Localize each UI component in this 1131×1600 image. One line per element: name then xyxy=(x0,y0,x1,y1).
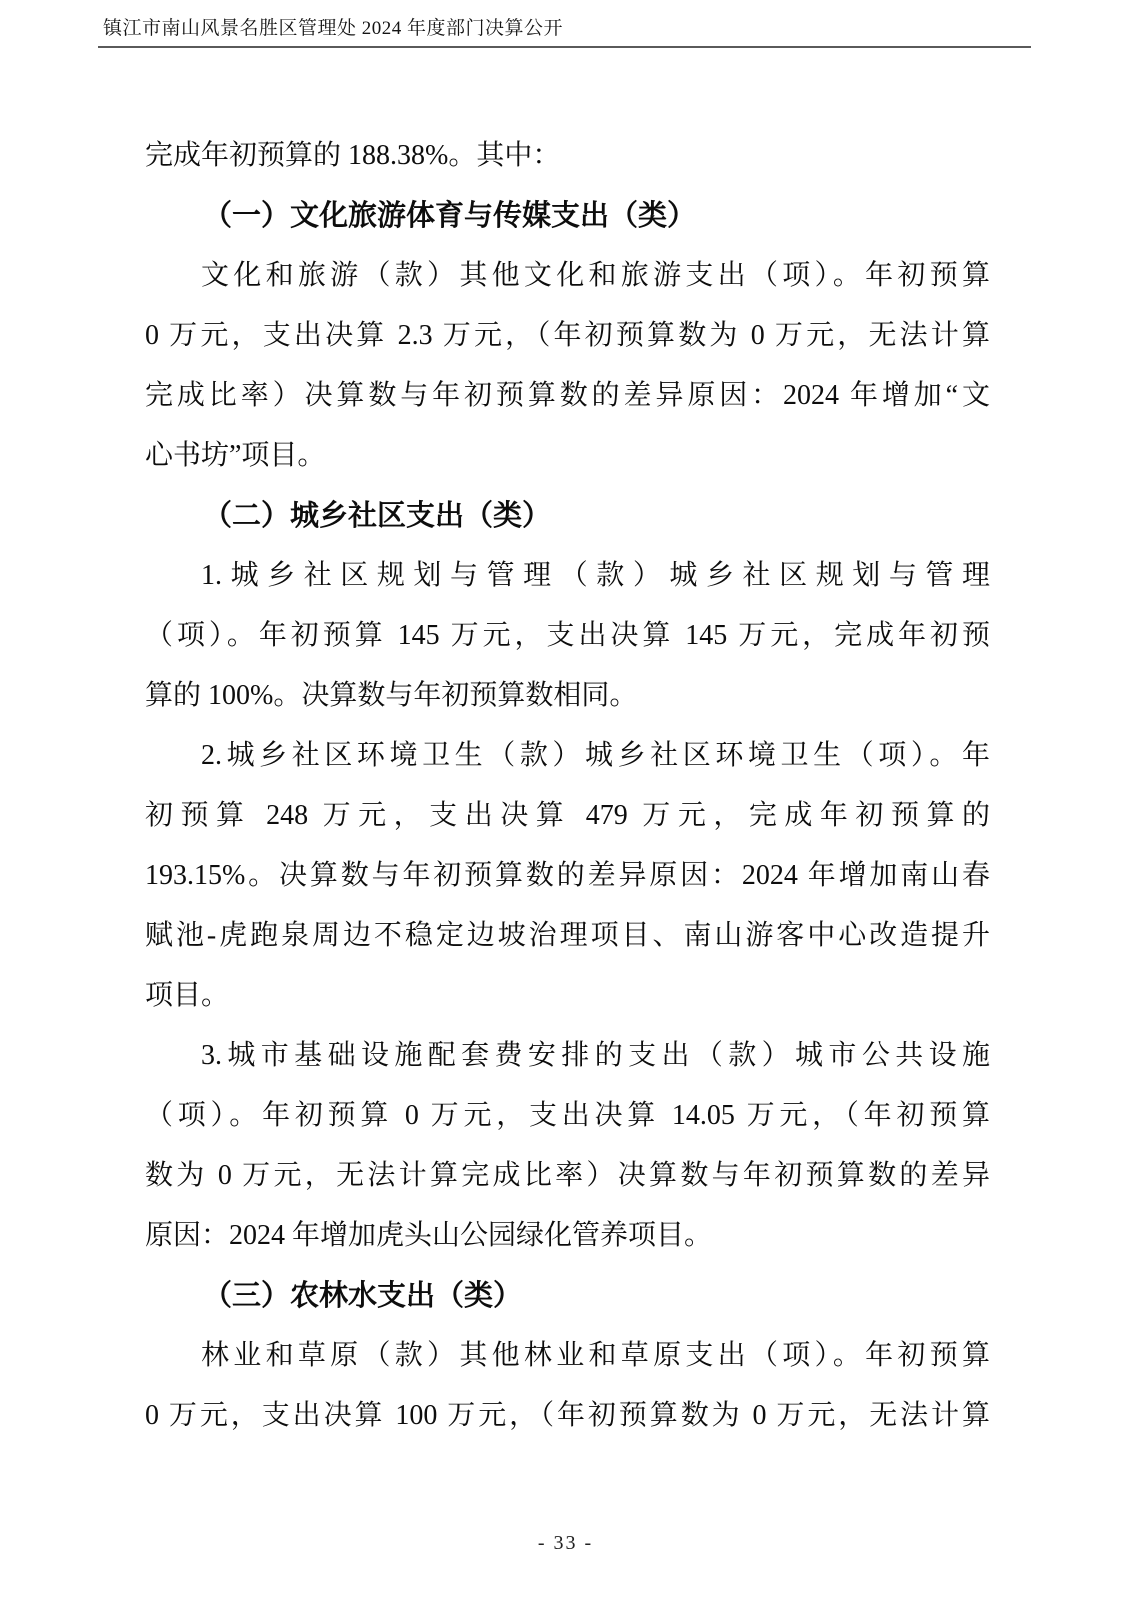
document-body: 完成年初预算的 188.38%。其中： （一）文化旅游体育与传媒支出（类） 文化… xyxy=(145,126,990,1446)
paragraph-line: 初预算 248 万元，支出决算 479 万元，完成年初预算的 xyxy=(145,786,990,846)
document-page: 镇江市南山风景名胜区管理处 2024 年度部门决算公开 完成年初预算的 188.… xyxy=(0,0,1131,1600)
paragraph-line: （项）。年初预算 0 万元，支出决算 14.05 万元，（年初预算 xyxy=(145,1086,990,1146)
section-1-heading: （一）文化旅游体育与传媒支出（类） xyxy=(145,186,990,246)
section-3-heading: （三）农林水支出（类） xyxy=(145,1266,990,1326)
paragraph-line: 原因：2024 年增加虎头山公园绿化管养项目。 xyxy=(145,1206,990,1266)
header-title: 镇江市南山风景名胜区管理处 2024 年度部门决算公开 xyxy=(98,18,563,39)
page-number: - 33 - xyxy=(0,1530,1131,1556)
paragraph-line: 完成年初预算的 188.38%。其中： xyxy=(145,126,990,186)
page-header: 镇江市南山风景名胜区管理处 2024 年度部门决算公开 xyxy=(98,17,1031,48)
paragraph-line: 文化和旅游（款）其他文化和旅游支出（项）。年初预算 xyxy=(145,246,990,306)
paragraph-line: 3.城市基础设施配套费安排的支出（款）城市公共设施 xyxy=(145,1026,990,1086)
paragraph-line: 0 万元，支出决算 100 万元，（年初预算数为 0 万元，无法计算 xyxy=(145,1386,990,1446)
paragraph-line: 算的 100%。决算数与年初预算数相同。 xyxy=(145,666,990,726)
paragraph-line: 项目。 xyxy=(145,966,990,1026)
paragraph-line: 心书坊”项目。 xyxy=(145,426,990,486)
paragraph-line: 1.城乡社区规划与管理（款）城乡社区规划与管理 xyxy=(145,546,990,606)
paragraph-line: 完成比率）决算数与年初预算数的差异原因：2024 年增加“文 xyxy=(145,366,990,426)
paragraph-line: 赋池-虎跑泉周边不稳定边坡治理项目、南山游客中心改造提升 xyxy=(145,906,990,966)
paragraph-line: 数为 0 万元，无法计算完成比率）决算数与年初预算数的差异 xyxy=(145,1146,990,1206)
paragraph-line: 193.15%。决算数与年初预算数的差异原因：2024 年增加南山春 xyxy=(145,846,990,906)
paragraph-line: 林业和草原（款）其他林业和草原支出（项）。年初预算 xyxy=(145,1326,990,1386)
paragraph-line: 2.城乡社区环境卫生（款）城乡社区环境卫生（项）。年 xyxy=(145,726,990,786)
paragraph-line: 0 万元，支出决算 2.3 万元，（年初预算数为 0 万元，无法计算 xyxy=(145,306,990,366)
paragraph-line: （项）。年初预算 145 万元，支出决算 145 万元，完成年初预 xyxy=(145,606,990,666)
section-2-heading: （二）城乡社区支出（类） xyxy=(145,486,990,546)
